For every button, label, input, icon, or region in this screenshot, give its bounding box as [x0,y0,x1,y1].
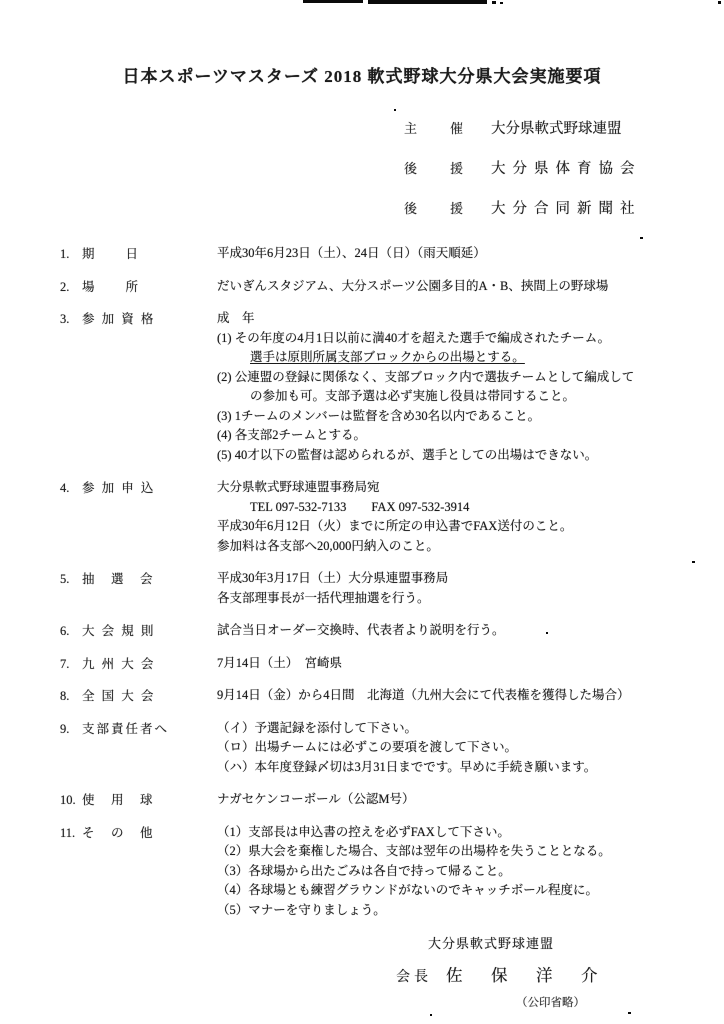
signature-block: 大分県軟式野球連盟 会長 佐 保 洋 介 （公印省略） [396,933,646,1010]
item-heading: 4.参 加 申 込 [60,478,217,556]
list-item: 8.全 国 大 会 9月14日（金）から4日間 北海道（九州大会にて代表権を獲得… [60,686,724,706]
item-heading: 11.そ の 他 [60,823,217,921]
item-label: 使 用 球 [82,793,155,807]
item-text-line: だいぎんスタジアム、大分スポーツ公園多目的A・B、挾間上の野球場 [217,277,697,297]
item-text-line: （1）支部長は申込書の控えを必ずFAXして下さい。 [217,823,697,843]
scan-artifact [628,1012,631,1014]
item-body: 試合当日オーダー交換時、代表者より説明を行う。 [217,621,697,641]
item-text-line: (4) 各支部2チームとする。 [217,426,697,446]
item-number: 6. [60,624,82,639]
item-text-line: (5) 40才以下の監督は認められるが、選手としての出場はできない。 [217,446,697,466]
document-title: 日本スポーツマスターズ 2018 軟式野球大分県大会実施要項 [30,62,694,87]
item-number: 11. [60,826,82,841]
item-text-line: （2）県大会を棄権した場合、支部は翌年の出場枠を失うこととなる。 [217,842,697,862]
item-number: 3. [60,312,82,327]
item-heading: 7.九 州 大 会 [60,654,217,674]
scan-artifact [368,0,487,4]
item-number: 7. [60,657,82,672]
list-item: 4.参 加 申 込 大分県軟式野球連盟事務局宛TEL 097-532-7133 … [60,478,724,556]
item-label: 支部責任者へ [82,722,169,736]
item-number: 4. [60,481,82,496]
item-body: 成 年(1) その年度の4月1日以前に満40才を超えた選手で編成されたチーム。選… [217,309,697,465]
item-label: 参 加 資 格 [82,312,155,326]
item-text-line: 平成30年6月23日（土）、24日（日）（雨天順延） [217,244,697,264]
item-number: 10. [60,793,82,808]
item-number: 1. [60,247,82,262]
scan-artifact [394,109,396,111]
item-label: 場 所 [82,280,140,294]
organizer-block: 主 催 大分県軟式野球連盟 後 援 大分県体育協会 後 援 大分合同新聞社 [404,117,654,218]
item-text-line: (2) 公連盟の登録に関係なく、支部ブロック内で選抜チームとして編成して [217,368,697,388]
item-text-line: 各支部理事長が一括代理抽選を行う。 [217,589,697,609]
list-item: 7.九 州 大 会 7月14日（土） 宮崎県 [60,654,724,674]
item-heading: 6.大 会 規 則 [60,621,217,641]
organizer-name: 大分県軟式野球連盟 [491,117,622,138]
item-label: 抽 選 会 [82,572,155,586]
scan-artifact [303,0,363,3]
organizer-name: 大分県体育協会 [491,157,642,178]
item-text-line: 大分県軟式野球連盟事務局宛 [217,478,697,498]
item-heading: 5.抽 選 会 [60,569,217,608]
item-label: 期 日 [82,247,140,261]
item-text-line: （4）各球場とも練習グラウンドがないのでキャッチボール程度に。 [217,881,697,901]
items-list: 1.期 日 平成30年6月23日（土）、24日（日）（雨天順延） 2.場 所 だ… [60,244,724,920]
scan-artifact [546,632,548,634]
organizer-row: 主 催 大分県軟式野球連盟 [404,117,654,138]
item-text-line: （イ）予選記録を添付して下さい。 [217,719,697,739]
item-body: 平成30年6月23日（土）、24日（日）（雨天順延） [217,244,697,264]
item-heading: 9.支部責任者へ [60,719,217,778]
item-text-line: 7月14日（土） 宮崎県 [217,654,697,674]
signature-name: 佐 保 洋 介 [446,962,604,986]
organizer-row: 後 援 大分合同新聞社 [404,197,654,218]
item-text-line: (1) その年度の4月1日以前に満40才を超えた選手で編成されたチーム。 [217,329,697,349]
item-text-line: 平成30年6月12日（火）までに所定の申込書でFAX送付のこと。 [217,517,697,537]
organizer-role: 主 催 [404,118,473,137]
item-label: そ の 他 [82,826,155,840]
item-text-line: （3）各球場から出たごみは各自で持って帰ること。 [217,862,697,882]
signature-organization: 大分県軟式野球連盟 [428,933,646,952]
item-body: ナガセケンコーボール（公認M号） [217,790,697,810]
organizer-name: 大分合同新聞社 [491,197,642,218]
item-text-line: （5）マナーを守りましょう。 [217,901,697,921]
item-heading: 1.期 日 [60,244,217,264]
signature-line: 会長 佐 保 洋 介 [396,962,646,986]
list-item: 11.そ の 他 （1）支部長は申込書の控えを必ずFAXして下さい。（2）県大会… [60,823,724,921]
scan-artifact [718,1,721,4]
organizer-role: 後 援 [404,198,473,217]
scan-artifact [430,1014,432,1016]
item-number: 9. [60,722,82,737]
scan-artifact [692,561,695,563]
list-item: 5.抽 選 会 平成30年3月17日（土）大分県連盟事務局各支部理事長が一括代理… [60,569,724,608]
item-text-line: (3) 1チームのメンバーは監督を含め30名以内であること。 [217,407,697,427]
item-text-line: （ロ）出場チームには必ずこの要項を渡して下さい。 [217,738,697,758]
item-text-line: 9月14日（金）から4日間 北海道（九州大会にて代表権を獲得した場合） [217,686,697,706]
scanned-document-page: 日本スポーツマスターズ 2018 軟式野球大分県大会実施要項 主 催 大分県軟式… [0,0,724,1024]
item-text-line: 試合当日オーダー交換時、代表者より説明を行う。 [217,621,697,641]
item-heading: 3.参 加 資 格 [60,309,217,465]
item-text-line: ナガセケンコーボール（公認M号） [217,790,697,810]
item-body: 7月14日（土） 宮崎県 [217,654,697,674]
organizer-row: 後 援 大分県体育協会 [404,157,654,178]
scan-artifact [492,1,496,4]
item-text-line: 参加料は各支部へ20,000円納入のこと。 [217,537,697,557]
signature-role: 会長 [396,966,432,986]
list-item: 3.参 加 資 格 成 年(1) その年度の4月1日以前に満40才を超えた選手で… [60,309,724,465]
item-body: 大分県軟式野球連盟事務局宛TEL 097-532-7133 FAX 097-53… [217,478,697,556]
item-text-line: 選手は原則所属支部ブロックからの出場とする。 [217,348,697,368]
item-heading: 2.場 所 [60,277,217,297]
item-heading: 8.全 国 大 会 [60,686,217,706]
item-label: 九 州 大 会 [82,657,155,671]
item-text-line: （ハ）本年度登録〆切は3月31日までです。早めに手続き願います。 [217,758,697,778]
item-number: 5. [60,572,82,587]
organizer-role: 後 援 [404,158,473,177]
list-item: 1.期 日 平成30年6月23日（土）、24日（日）（雨天順延） [60,244,724,264]
item-text-line: の参加も可。支部予選は必ず実施し役員は帯同すること。 [217,387,697,407]
item-label: 全 国 大 会 [82,689,155,703]
scan-artifact [500,2,503,4]
list-item: 6.大 会 規 則 試合当日オーダー交換時、代表者より説明を行う。 [60,621,724,641]
item-body: だいぎんスタジアム、大分スポーツ公園多目的A・B、挾間上の野球場 [217,277,697,297]
list-item: 10.使 用 球 ナガセケンコーボール（公認M号） [60,790,724,810]
item-body: 9月14日（金）から4日間 北海道（九州大会にて代表権を獲得した場合） [217,686,697,706]
list-item: 2.場 所 だいぎんスタジアム、大分スポーツ公園多目的A・B、挾間上の野球場 [60,277,724,297]
item-label: 参 加 申 込 [82,481,155,495]
item-number: 8. [60,689,82,704]
item-heading: 10.使 用 球 [60,790,217,810]
item-body: 平成30年3月17日（土）大分県連盟事務局各支部理事長が一括代理抽選を行う。 [217,569,697,608]
item-number: 2. [60,280,82,295]
scan-artifact [640,237,643,239]
item-text-line: 成 年 [217,309,697,329]
signature-seal-note: （公印省略） [516,994,646,1010]
item-text-line: 平成30年3月17日（土）大分県連盟事務局 [217,569,697,589]
item-body: （イ）予選記録を添付して下さい。（ロ）出場チームには必ずこの要項を渡して下さい。… [217,719,697,778]
item-body: （1）支部長は申込書の控えを必ずFAXして下さい。（2）県大会を棄権した場合、支… [217,823,697,921]
list-item: 9.支部責任者へ （イ）予選記録を添付して下さい。（ロ）出場チームには必ずこの要… [60,719,724,778]
item-label: 大 会 規 則 [82,624,155,638]
item-text-line: TEL 097-532-7133 FAX 097-532-3914 [217,498,697,518]
